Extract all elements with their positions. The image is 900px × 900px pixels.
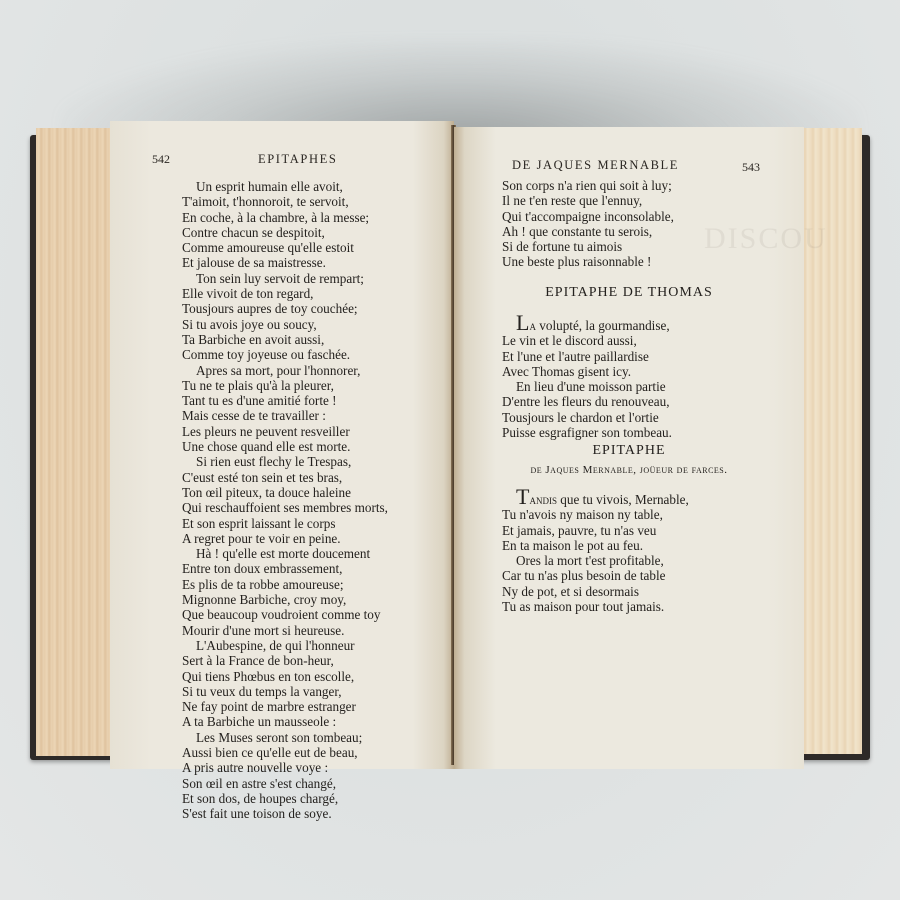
verse-line: Comme toy joyeuse ou faschée. <box>182 347 388 362</box>
verse-line: Il ne t'en reste que l'ennuy, <box>502 193 674 208</box>
continuation-verse: Son corps n'a rien qui soit à luy;Il ne … <box>502 178 674 270</box>
verse-line: Et son esprit laissant le corps <box>182 516 388 531</box>
right-page: DISCOU DE JAQUES MERNABLE 543 Son corps … <box>454 127 804 769</box>
poem-title-thomas: EPITAPHE DE THOMAS <box>454 285 804 301</box>
verse-line: Ores la mort t'est profitable, <box>502 553 689 568</box>
verse-line: Avec Thomas gisent icy. <box>502 364 672 379</box>
verse-line: Qui reschauffoient ses membres morts, <box>182 500 388 515</box>
verse-line: Une chose quand elle est morte. <box>182 439 388 454</box>
left-page-number: 542 <box>152 152 170 167</box>
verse-line: Tousjours le chardon et l'ortie <box>502 410 672 425</box>
show-through-text: DISCOU <box>704 222 828 256</box>
drop-cap: T <box>516 484 529 509</box>
verse-line: Ah ! que constante tu serois, <box>502 224 674 239</box>
verse-line: Tu n'avois ny maison ny table, <box>502 507 689 522</box>
verse-line: Tant tu es d'une amitié forte ! <box>182 393 388 408</box>
poem-thomas-body: La volupté, la gourmandise,Le vin et le … <box>502 315 672 440</box>
verse-line: Un esprit humain elle avoit, <box>182 179 388 194</box>
verse-line: Hà ! qu'elle est morte doucement <box>182 546 388 561</box>
verse-line: Qui tiens Phœbus en ton escolle, <box>182 669 388 684</box>
left-running-head: EPITAPHES <box>258 152 337 167</box>
verse-line: Les pleurs ne peuvent resveiller <box>182 424 388 439</box>
verse-line: Si tu avois joye ou soucy, <box>182 317 388 332</box>
verse-line: La volupté, la gourmandise, <box>502 315 672 333</box>
verse-line: Et jamais, pauvre, tu n'as veu <box>502 523 689 538</box>
verse-line: Ton œil piteux, ta douce haleine <box>182 485 388 500</box>
verse-line: Que beaucoup voudroient comme toy <box>182 607 388 622</box>
verse-line: L'Aubespine, de qui l'honneur <box>182 638 388 653</box>
verse-line: Comme amoureuse qu'elle estoit <box>182 240 388 255</box>
verse-line: Et son dos, de houpes chargé, <box>182 791 388 806</box>
verse-line: Car tu n'as plus besoin de table <box>502 568 689 583</box>
verse-line: T'aimoit, t'honnoroit, te servoit, <box>182 194 388 209</box>
verse-line: A ta Barbiche un mausseole : <box>182 714 388 729</box>
drop-cap: L <box>516 310 529 335</box>
verse-line: Mignonne Barbiche, croy moy, <box>182 592 388 607</box>
small-caps-word: andis <box>529 492 557 507</box>
verse-line: A regret pour te voir en peine. <box>182 531 388 546</box>
verse-line: Aussi bien ce qu'elle eut de beau, <box>182 745 388 760</box>
right-page-number: 543 <box>742 160 760 175</box>
verse-line: Contre chacun se despitoit, <box>182 225 388 240</box>
verse-line: C'eust esté ton sein et tes bras, <box>182 470 388 485</box>
verse-line: Sert à la France de bon-heur, <box>182 653 388 668</box>
right-running-head: DE JAQUES MERNABLE <box>512 158 679 173</box>
verse-line: S'est fait une toison de soye. <box>182 806 388 821</box>
verse-line: En ta maison le pot au feu. <box>502 538 689 553</box>
verse-line: En lieu d'une moisson partie <box>502 379 672 394</box>
verse-line: Mourir d'une mort si heureuse. <box>182 623 388 638</box>
verse-line: Tousjours aupres de toy couchée; <box>182 301 388 316</box>
verse-line: Mais cesse de te travailler : <box>182 408 388 423</box>
verse-line: Tu ne te plais qu'à la pleurer, <box>182 378 388 393</box>
verse-line: Si rien eust flechy le Trespas, <box>182 454 388 469</box>
verse-line: Apres sa mort, pour l'honnorer, <box>182 363 388 378</box>
left-poem-body: Un esprit humain elle avoit,T'aimoit, t'… <box>182 179 388 821</box>
poem-subtitle-mernable: de Jaques Mernable, joüeur de farces. <box>454 464 804 476</box>
left-page: 542 EPITAPHES Un esprit humain elle avoi… <box>110 121 454 769</box>
verse-line: Ton sein luy servoit de rempart; <box>182 271 388 286</box>
left-page-block-edges <box>36 128 116 756</box>
verse-line: En coche, à la chambre, à la messe; <box>182 210 388 225</box>
poem-title-epitaphe: EPITAPHE <box>454 443 804 459</box>
verse-line: Son œil en astre s'est changé, <box>182 776 388 791</box>
verse-line: Son corps n'a rien qui soit à luy; <box>502 178 674 193</box>
verse-line: Si de fortune tu aimois <box>502 239 674 254</box>
verse-line: Puisse esgrafigner son tombeau. <box>502 425 672 440</box>
verse-line: Une beste plus raisonnable ! <box>502 254 674 269</box>
verse-line: Elle vivoit de ton regard, <box>182 286 388 301</box>
verse-line: Ta Barbiche en avoit aussi, <box>182 332 388 347</box>
verse-line: Et l'une et l'autre paillardise <box>502 349 672 364</box>
poem-mernable-body: Tandis que tu vivois, Mernable,Tu n'avoi… <box>502 489 689 614</box>
verse-line: Le vin et le discord aussi, <box>502 333 672 348</box>
verse-line: Tu as maison pour tout jamais. <box>502 599 689 614</box>
verse-line: A pris autre nouvelle voye : <box>182 760 388 775</box>
verse-line: Si tu veux du temps la vanger, <box>182 684 388 699</box>
verse-text: que tu vivois, Mernable, <box>557 492 689 507</box>
verse-line: Qui t'accompaigne inconsolable, <box>502 209 674 224</box>
verse-line: Entre ton doux embrassement, <box>182 561 388 576</box>
verse-line: Les Muses seront son tombeau; <box>182 730 388 745</box>
verse-line: D'entre les fleurs du renouveau, <box>502 394 672 409</box>
verse-line: Es plis de ta robbe amoureuse; <box>182 577 388 592</box>
verse-text: volupté, la gourmandise, <box>536 318 670 333</box>
verse-line: Ne fay point de marbre estranger <box>182 699 388 714</box>
verse-line: Ny de pot, et si desormais <box>502 584 689 599</box>
verse-line: Tandis que tu vivois, Mernable, <box>502 489 689 507</box>
verse-line: Et jalouse de sa maistresse. <box>182 255 388 270</box>
